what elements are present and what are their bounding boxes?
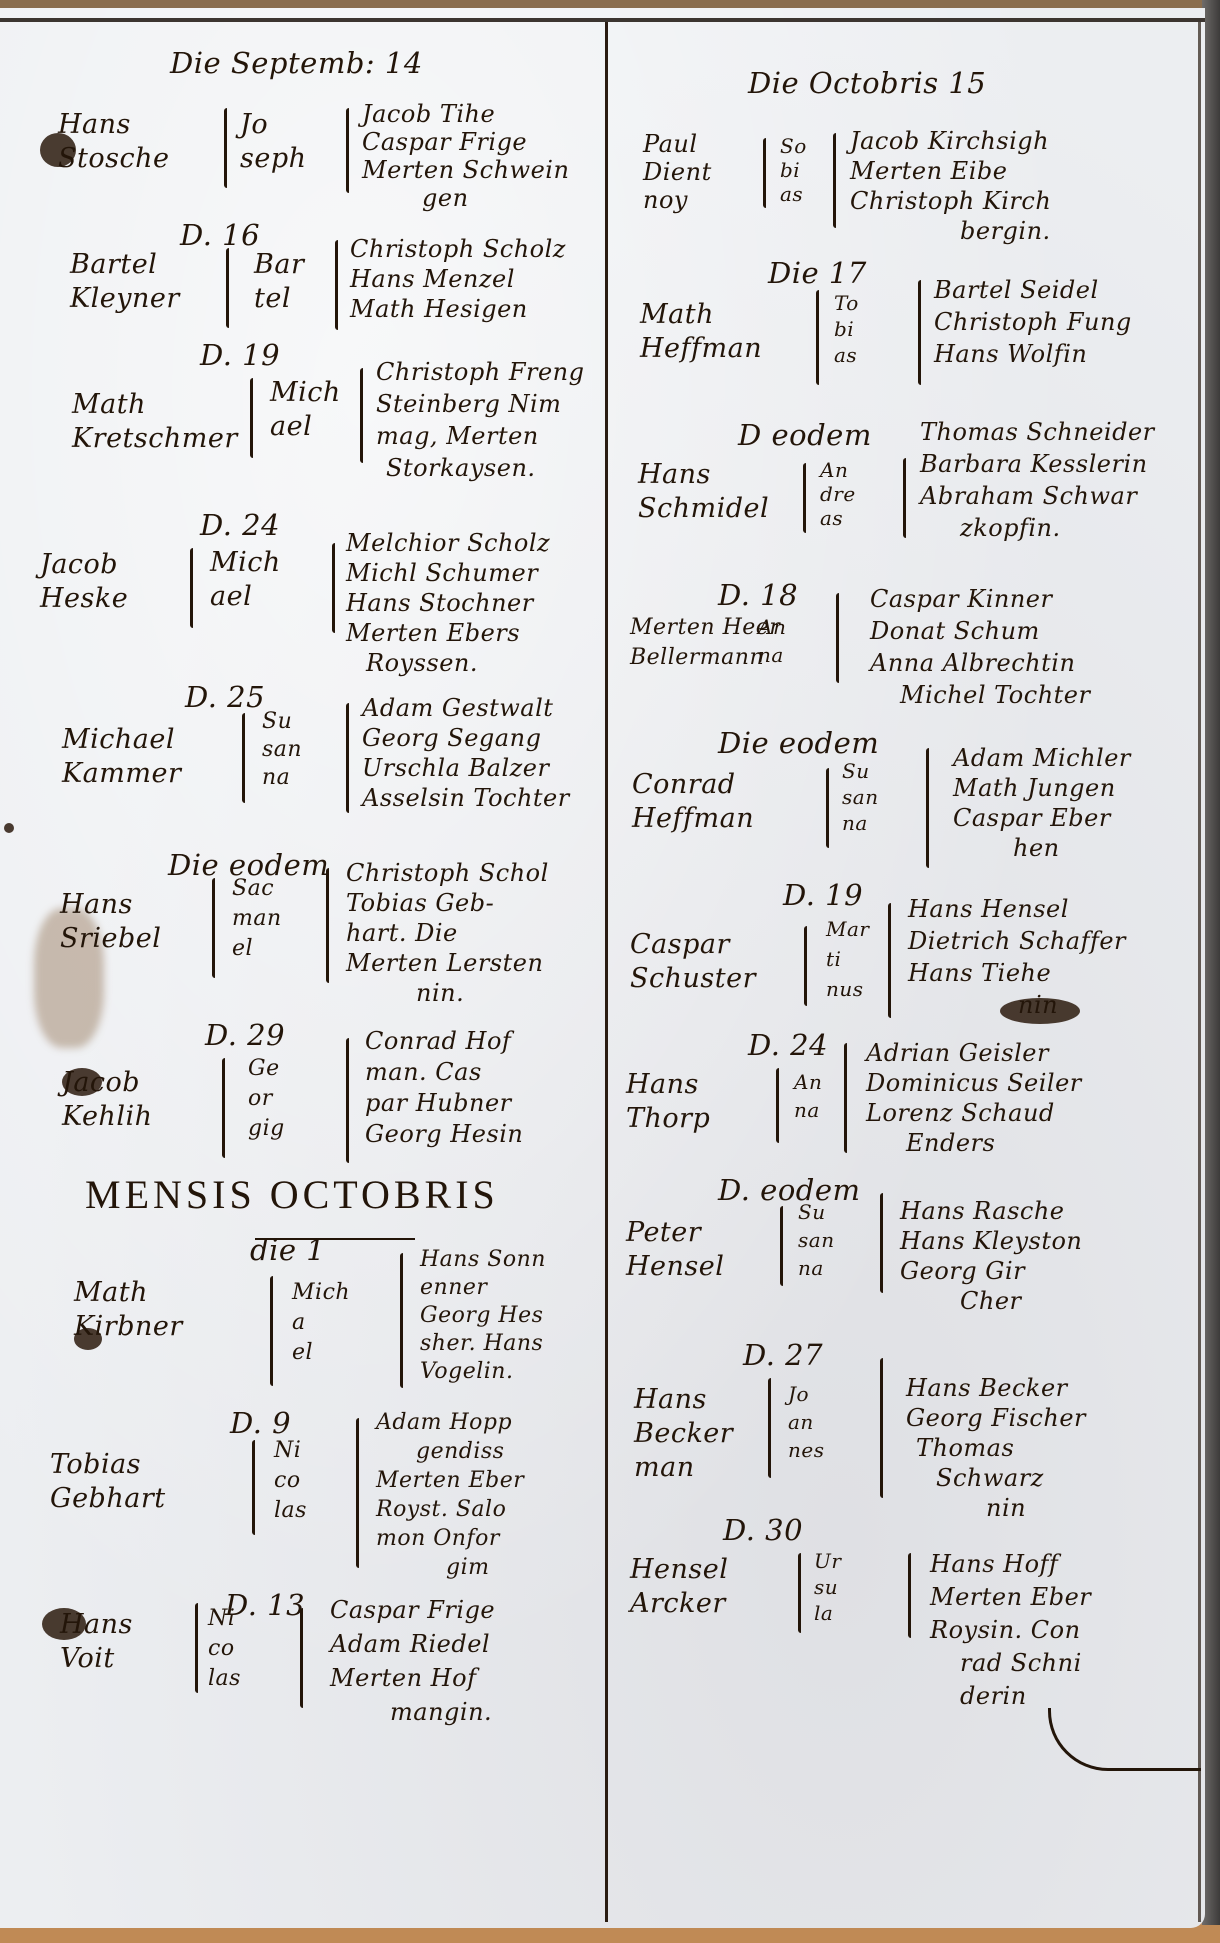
brace-icon <box>346 703 349 813</box>
brace-icon <box>226 248 229 328</box>
godparent-line: Bartel Seidel <box>934 274 1132 306</box>
child-name-line: la <box>814 1600 841 1626</box>
child-name-line: san <box>842 784 879 810</box>
father-name-line: Stosche <box>58 142 169 176</box>
child-name-line: Mich <box>270 376 341 410</box>
end-flourish <box>1048 1708 1201 1771</box>
godparent-line: Christoph Fung <box>934 306 1132 338</box>
godparent-line: Michel Tochter <box>870 679 1090 711</box>
child-name-line: Su <box>842 758 879 784</box>
child-name-line: a <box>292 1308 350 1338</box>
father-name: Tobias Gebhart <box>50 1448 166 1516</box>
father-name: Peter Hensel <box>626 1216 724 1284</box>
entry-date: die 1 <box>250 1233 325 1267</box>
godparent-line: nin. <box>346 978 549 1008</box>
godparent-line: hen <box>953 833 1131 863</box>
father-name: Hans Thorp <box>626 1068 710 1136</box>
godparent-line: rad Schni <box>930 1647 1091 1680</box>
godparent-line: Adam Riedel <box>330 1627 495 1661</box>
child-name: An na <box>758 613 786 669</box>
child-name: Mich ael <box>210 546 281 614</box>
brace-icon <box>335 240 338 330</box>
father-name-line: Hensel <box>626 1250 724 1284</box>
father-name-line: Hans <box>60 1608 133 1642</box>
child-name-line: or <box>248 1084 285 1114</box>
father-name: Hans Becker man <box>634 1383 733 1485</box>
godparent-line: Christoph Scholz <box>350 234 566 264</box>
godparent-line: enner <box>420 1274 546 1302</box>
godparent-line: Conrad Hof <box>365 1026 523 1057</box>
child-name-line: na <box>262 764 302 792</box>
godparent-line: Anna Albrechtin <box>870 647 1090 679</box>
child-name-line: ael <box>210 580 281 614</box>
child-name-line: na <box>798 1254 835 1282</box>
child-name-line: Mar <box>826 914 869 944</box>
child-name-line: Sac <box>232 874 282 904</box>
brace-icon <box>844 1043 847 1153</box>
father-name-line: Kretschmer <box>72 422 238 456</box>
child-name: Mar ti nus <box>826 914 869 1004</box>
godparent-line: Thomas <box>906 1433 1086 1463</box>
godparent-line: Abraham Schwar <box>920 480 1155 512</box>
godparent-line: Georg Segang <box>362 723 570 753</box>
godparent-line: Christoph Schol <box>346 858 549 888</box>
entry-date: D. 19 <box>783 878 863 912</box>
father-name: Hans Voit <box>60 1608 133 1676</box>
godparent-line: nin <box>908 989 1126 1021</box>
child-name-line: So <box>780 134 807 158</box>
godparent-line: mangin. <box>330 1695 495 1729</box>
child-name-line: las <box>208 1664 241 1694</box>
godparent-line: Hans Hensel <box>908 893 1126 925</box>
father-name: Bartel Kleyner <box>70 248 180 316</box>
month-heading: MENSIS OCTOBRIS <box>85 1178 499 1212</box>
brace-icon <box>270 1276 273 1386</box>
child-name-line: Jo <box>788 1380 824 1408</box>
godparents-list: Hans Hoff Merten Eber Roysin. Con rad Sc… <box>930 1548 1091 1713</box>
godparent-line: Hans Tiehe <box>908 957 1126 989</box>
father-name-line: Schuster <box>630 962 756 996</box>
father-name-line: Kehlih <box>62 1100 152 1134</box>
brace-icon <box>926 748 929 868</box>
father-name: Paul Dient noy <box>643 130 712 214</box>
brace-icon <box>195 1603 198 1693</box>
manuscript-page: Die Septemb: 14 Hans Stosche Jo seph Jac… <box>0 8 1205 1928</box>
brace-icon <box>908 1553 911 1638</box>
child-name: To bi as <box>834 290 859 368</box>
godparents-list: Jacob Tihe Caspar Frige Merten Schwein g… <box>362 100 569 212</box>
godparent-line: Hans Kleyston <box>900 1226 1082 1256</box>
entry-date: D. 24 <box>748 1028 828 1062</box>
brace-icon <box>346 108 349 193</box>
father-name-line: man <box>634 1451 733 1485</box>
child-name: Su san na <box>798 1198 835 1282</box>
child-name: Jo seph <box>240 108 307 176</box>
entry-date: D. 18 <box>718 578 798 612</box>
godparents-list: Hans Hensel Dietrich Schaffer Hans Tiehe… <box>908 893 1126 1021</box>
father-name: Math Kirbner <box>74 1276 183 1344</box>
child-name-line: Mich <box>292 1278 350 1308</box>
godparent-line: Merten Eibe <box>850 156 1051 186</box>
child-name-line: An <box>794 1068 822 1096</box>
brace-icon <box>326 868 329 983</box>
child-name: Bar tel <box>254 248 304 316</box>
father-name-line: Gebhart <box>50 1482 166 1516</box>
godparent-line: Steinberg Nim <box>376 388 584 420</box>
godparent-line: mon Onfor <box>376 1524 524 1553</box>
brace-icon <box>332 543 335 633</box>
godparents-list: Adam Hopp gendiss Merten Eber Royst. Sal… <box>376 1408 524 1582</box>
child-name: Ni co las <box>208 1604 241 1694</box>
child-name-line: Bar <box>254 248 304 282</box>
left-register-column: Die Septemb: 14 Hans Stosche Jo seph Jac… <box>0 8 605 1928</box>
brace-icon <box>250 378 253 458</box>
father-name-line: Heffman <box>632 802 754 836</box>
father-name-line: Peter <box>626 1216 724 1250</box>
entry-date: Die 17 <box>768 256 867 290</box>
child-name-line: as <box>834 342 859 368</box>
child-name-line: las <box>274 1496 307 1526</box>
godparent-line: Hans Hoff <box>930 1548 1091 1581</box>
godparent-line: Georg Hes <box>420 1302 546 1330</box>
godparents-list: Conrad Hof man. Cas par Hubner Georg Hes… <box>365 1026 523 1150</box>
godparent-line: Merten Lersten <box>346 948 549 978</box>
brace-icon <box>780 1206 783 1286</box>
godparents-list: Hans Rasche Hans Kleyston Georg Gir Cher <box>900 1196 1082 1316</box>
father-name-line: Hans <box>60 888 161 922</box>
father-name-line: Kammer <box>62 757 181 791</box>
father-name: Jacob Kehlih <box>62 1066 152 1134</box>
father-name-line: Hans <box>626 1068 710 1102</box>
child-name: Jo an nes <box>788 1380 824 1464</box>
brace-icon <box>300 1608 303 1708</box>
godparents-list: Adam Michler Math Jungen Caspar Eber hen <box>953 743 1131 863</box>
child-name-line: man <box>232 904 282 934</box>
child-name-line: san <box>798 1226 835 1254</box>
child-name: Mich ael <box>270 376 341 444</box>
godparent-line: Math Hesigen <box>350 294 566 324</box>
child-name-line: nus <box>826 974 869 1004</box>
child-name: So bi as <box>780 134 807 206</box>
godparents-list: Christoph Scholz Hans Menzel Math Hesige… <box>350 234 566 324</box>
right-register-column: Die Octobris 15 Paul Dient noy So bi as … <box>608 8 1205 1928</box>
father-name: Math Kretschmer <box>72 388 238 456</box>
child-name-line: na <box>758 641 786 669</box>
father-name-line: Kirbner <box>74 1310 183 1344</box>
child-name-line: seph <box>240 142 307 176</box>
brace-icon <box>212 878 215 978</box>
godparent-line: Roysin. Con <box>930 1614 1091 1647</box>
godparents-list: Christoph Freng Steinberg Nim mag, Merte… <box>376 356 584 484</box>
father-name-line: Paul <box>643 130 712 158</box>
child-name: Mich a el <box>292 1278 350 1368</box>
godparent-line: zkopfin. <box>920 512 1155 544</box>
godparent-line: Lorenz Schaud <box>866 1098 1082 1128</box>
godparent-line: Georg Hesin <box>365 1119 523 1150</box>
godparents-list: Caspar Kinner Donat Schum Anna Albrechti… <box>870 583 1090 711</box>
father-name-line: Tobias <box>50 1448 166 1482</box>
child-name-line: bi <box>834 316 859 342</box>
child-name-line: na <box>794 1096 822 1124</box>
father-name-line: Math <box>72 388 238 422</box>
godparent-line: gen <box>362 184 569 212</box>
brace-icon <box>880 1358 883 1498</box>
godparent-line: Vogelin. <box>420 1358 546 1386</box>
godparent-line: Georg Gir <box>900 1256 1082 1286</box>
child-name: An na <box>794 1068 822 1124</box>
brace-icon <box>400 1253 403 1388</box>
father-name-line: Caspar <box>630 928 756 962</box>
godparent-line: Jacob Tihe <box>362 100 569 128</box>
entry-date: D. 24 <box>200 508 280 542</box>
godparent-line: Christoph Freng <box>376 356 584 388</box>
entry-date: D. 16 <box>180 218 260 252</box>
child-name-line: An <box>758 613 786 641</box>
godparent-line: Jacob Kirchsigh <box>850 126 1051 156</box>
godparent-line: Adam Michler <box>953 743 1131 773</box>
father-name: Caspar Schuster <box>630 928 756 996</box>
child-name-line: dre <box>820 482 856 506</box>
entry-date: Die eodem <box>718 726 879 760</box>
godparent-line: Merten Eber <box>376 1466 524 1495</box>
father-name-line: Hans <box>634 1383 733 1417</box>
child-name-line: as <box>780 182 807 206</box>
godparents-list: Bartel Seidel Christoph Fung Hans Wolfin <box>934 274 1132 370</box>
father-name-line: Becker <box>634 1417 733 1451</box>
godparent-line: Math Jungen <box>953 773 1131 803</box>
child-name-line: co <box>274 1466 307 1496</box>
godparent-line: Hans Wolfin <box>934 338 1132 370</box>
father-name: Hans Stosche <box>58 108 169 176</box>
brace-icon <box>222 1058 225 1158</box>
child-name-line: el <box>232 934 282 964</box>
father-name-line: noy <box>643 186 712 214</box>
child-name: An dre as <box>820 458 856 530</box>
entry-date: Die Octobris 15 <box>748 66 986 100</box>
brace-icon <box>190 548 193 628</box>
godparent-line: Hans Menzel <box>350 264 566 294</box>
godparent-line: mag, Merten <box>376 420 584 452</box>
child-name-line: Mich <box>210 546 281 580</box>
brace-icon <box>224 108 227 188</box>
brace-icon <box>356 1418 359 1568</box>
godparent-line: Asselsin Tochter <box>362 783 570 813</box>
child-name-line: el <box>292 1338 350 1368</box>
godparent-line: Adrian Geisler <box>866 1038 1082 1068</box>
brace-icon <box>242 713 245 803</box>
godparents-list: Caspar Frige Adam Riedel Merten Hof mang… <box>330 1593 495 1729</box>
child-name-line: Jo <box>240 108 307 142</box>
godparent-line: Barbara Kesslerin <box>920 448 1155 480</box>
godparent-line: Caspar Eber <box>953 803 1131 833</box>
godparent-line: Royst. Salo <box>376 1495 524 1524</box>
father-name-line: Math <box>74 1276 183 1310</box>
entry-date: D. 19 <box>200 338 280 372</box>
child-name-line: Su <box>262 708 302 736</box>
brace-icon <box>776 1068 779 1143</box>
child-name: Su san na <box>262 708 302 792</box>
father-name-line: Heske <box>40 582 128 616</box>
brace-icon <box>903 458 906 538</box>
brace-icon <box>768 1378 771 1478</box>
father-name-line: Kleyner <box>70 282 180 316</box>
child-name-line: Ni <box>208 1604 241 1634</box>
godparent-line: man. Cas <box>365 1057 523 1088</box>
brace-icon <box>763 138 766 208</box>
godparent-line: Cher <box>900 1286 1082 1316</box>
godparent-line: Melchior Scholz <box>346 528 550 558</box>
godparent-line: Christoph Kirch <box>850 186 1051 216</box>
father-name-line: Hensel <box>630 1553 728 1587</box>
father-name: Math Heffman <box>640 298 762 366</box>
child-name-line: Ge <box>248 1054 285 1084</box>
godparent-line: Royssen. <box>346 648 550 678</box>
child-name-line: an <box>788 1408 824 1436</box>
godparent-line: Schwarz <box>906 1463 1086 1493</box>
godparent-line: Michl Schumer <box>346 558 550 588</box>
godparent-line: Urschla Balzer <box>362 753 570 783</box>
godparent-line: hart. Die <box>346 918 549 948</box>
father-name-line: Hans <box>638 458 769 492</box>
child-name-line: co <box>208 1634 241 1664</box>
child-name: Ur su la <box>814 1548 841 1626</box>
brace-icon <box>360 368 363 463</box>
godparent-line: Donat Schum <box>870 615 1090 647</box>
child-name-line: san <box>262 736 302 764</box>
child-name-line: as <box>820 506 856 530</box>
father-name-line: Math <box>640 298 762 332</box>
godparent-line: Merten Hof <box>330 1661 495 1695</box>
brace-icon <box>252 1440 255 1535</box>
child-name: Ni co las <box>274 1436 307 1526</box>
father-name-line: Voit <box>60 1642 133 1676</box>
godparent-line: nin <box>906 1493 1086 1523</box>
father-name: Hans Sriebel <box>60 888 161 956</box>
brace-icon <box>833 133 836 228</box>
brace-icon <box>826 768 829 848</box>
father-name: Jacob Heske <box>40 548 128 616</box>
father-name-line: Sriebel <box>60 922 161 956</box>
brace-icon <box>346 1038 349 1163</box>
godparent-line: Caspar Kinner <box>870 583 1090 615</box>
godparent-line: Adam Hopp <box>376 1408 524 1437</box>
father-name-line: Schmidel <box>638 492 769 526</box>
entry-date: D. 27 <box>743 1338 823 1372</box>
godparent-line: Storkaysen. <box>376 452 584 484</box>
child-name-line: ael <box>270 410 341 444</box>
entry-date: D. eodem <box>718 1173 861 1207</box>
godparent-line: Georg Fischer <box>906 1403 1086 1433</box>
father-name: Michael Kammer <box>62 723 181 791</box>
godparent-line: Hans Becker <box>906 1373 1086 1403</box>
child-name-line: Su <box>798 1198 835 1226</box>
brace-icon <box>803 463 806 533</box>
godparent-line: Hans Rasche <box>900 1196 1082 1226</box>
godparent-line: gendiss <box>376 1437 524 1466</box>
child-name-line: na <box>842 810 879 836</box>
father-name-line: Thorp <box>626 1102 710 1136</box>
godparents-list: Jacob Kirchsigh Merten Eibe Christoph Ki… <box>850 126 1051 246</box>
brace-icon <box>918 280 921 385</box>
godparent-line: Dietrich Schaffer <box>908 925 1126 957</box>
godparents-list: Christoph Schol Tobias Geb- hart. Die Me… <box>346 858 549 1008</box>
godparent-line: Thomas Schneider <box>920 416 1155 448</box>
brace-icon <box>836 593 839 683</box>
father-name: Conrad Heffman <box>632 768 754 836</box>
child-name-line: Ur <box>814 1548 841 1574</box>
father-name-line: Dient <box>643 158 712 186</box>
child-name: Su san na <box>842 758 879 836</box>
child-name-line: Ni <box>274 1436 307 1466</box>
child-name-line: tel <box>254 282 304 316</box>
father-name-line: Bartel <box>70 248 180 282</box>
child-name-line: su <box>814 1574 841 1600</box>
entry-date: D eodem <box>738 418 872 452</box>
father-name-line: Heffman <box>640 332 762 366</box>
child-name: Sac man el <box>232 874 282 964</box>
father-name: Hensel Arcker <box>630 1553 728 1621</box>
godparents-list: Hans Becker Georg Fischer Thomas Schwarz… <box>906 1373 1086 1523</box>
godparents-list: Adrian Geisler Dominicus Seiler Lorenz S… <box>866 1038 1082 1158</box>
father-name-line: Conrad <box>632 768 754 802</box>
godparents-list: Adam Gestwalt Georg Segang Urschla Balze… <box>362 693 570 813</box>
child-name-line: To <box>834 290 859 316</box>
brace-icon <box>798 1553 801 1633</box>
father-name-line: Michael <box>62 723 181 757</box>
godparent-line: Hans Stochner <box>346 588 550 618</box>
father-name-line: Arcker <box>630 1587 728 1621</box>
entry-date: D. 25 <box>185 680 265 714</box>
entry-date: Die Septemb: 14 <box>170 46 423 80</box>
godparent-line: Dominicus Seiler <box>866 1068 1082 1098</box>
entry-date: D. 9 <box>230 1406 291 1440</box>
godparent-line: Caspar Frige <box>362 128 569 156</box>
child-name-line: An <box>820 458 856 482</box>
godparent-line: Tobias Geb- <box>346 888 549 918</box>
child-name-line: nes <box>788 1436 824 1464</box>
godparent-line: Merten Schwein <box>362 156 569 184</box>
godparents-list: Melchior Scholz Michl Schumer Hans Stoch… <box>346 528 550 678</box>
brace-icon <box>880 1193 883 1293</box>
godparents-list: Hans Sonn enner Georg Hes sher. Hans Vog… <box>420 1246 546 1386</box>
child-name-line: gig <box>248 1114 285 1144</box>
godparent-line: Hans Sonn <box>420 1246 546 1274</box>
godparent-line: par Hubner <box>365 1088 523 1119</box>
entry-date: D. 29 <box>205 1018 285 1052</box>
godparent-line: Merten Eber <box>930 1581 1091 1614</box>
godparents-list: Thomas Schneider Barbara Kesslerin Abrah… <box>920 416 1155 544</box>
child-name: Ge or gig <box>248 1054 285 1144</box>
godparent-line: bergin. <box>850 216 1051 246</box>
godparent-line: Adam Gestwalt <box>362 693 570 723</box>
entry-date: D. 30 <box>723 1513 803 1547</box>
godparent-line: Enders <box>866 1128 1082 1158</box>
father-name-line: Jacob <box>62 1066 152 1100</box>
child-name-line: ti <box>826 944 869 974</box>
brace-icon <box>816 290 819 385</box>
godparent-line: sher. Hans <box>420 1330 546 1358</box>
godparent-line: Caspar Frige <box>330 1593 495 1627</box>
child-name-line: bi <box>780 158 807 182</box>
father-name-line: Jacob <box>40 548 128 582</box>
godparent-line: gim <box>376 1553 524 1582</box>
brace-icon <box>888 903 891 1018</box>
father-name: Hans Schmidel <box>638 458 769 526</box>
father-name-line: Hans <box>58 108 169 142</box>
godparent-line: Merten Ebers <box>346 618 550 648</box>
brace-icon <box>804 926 807 1006</box>
